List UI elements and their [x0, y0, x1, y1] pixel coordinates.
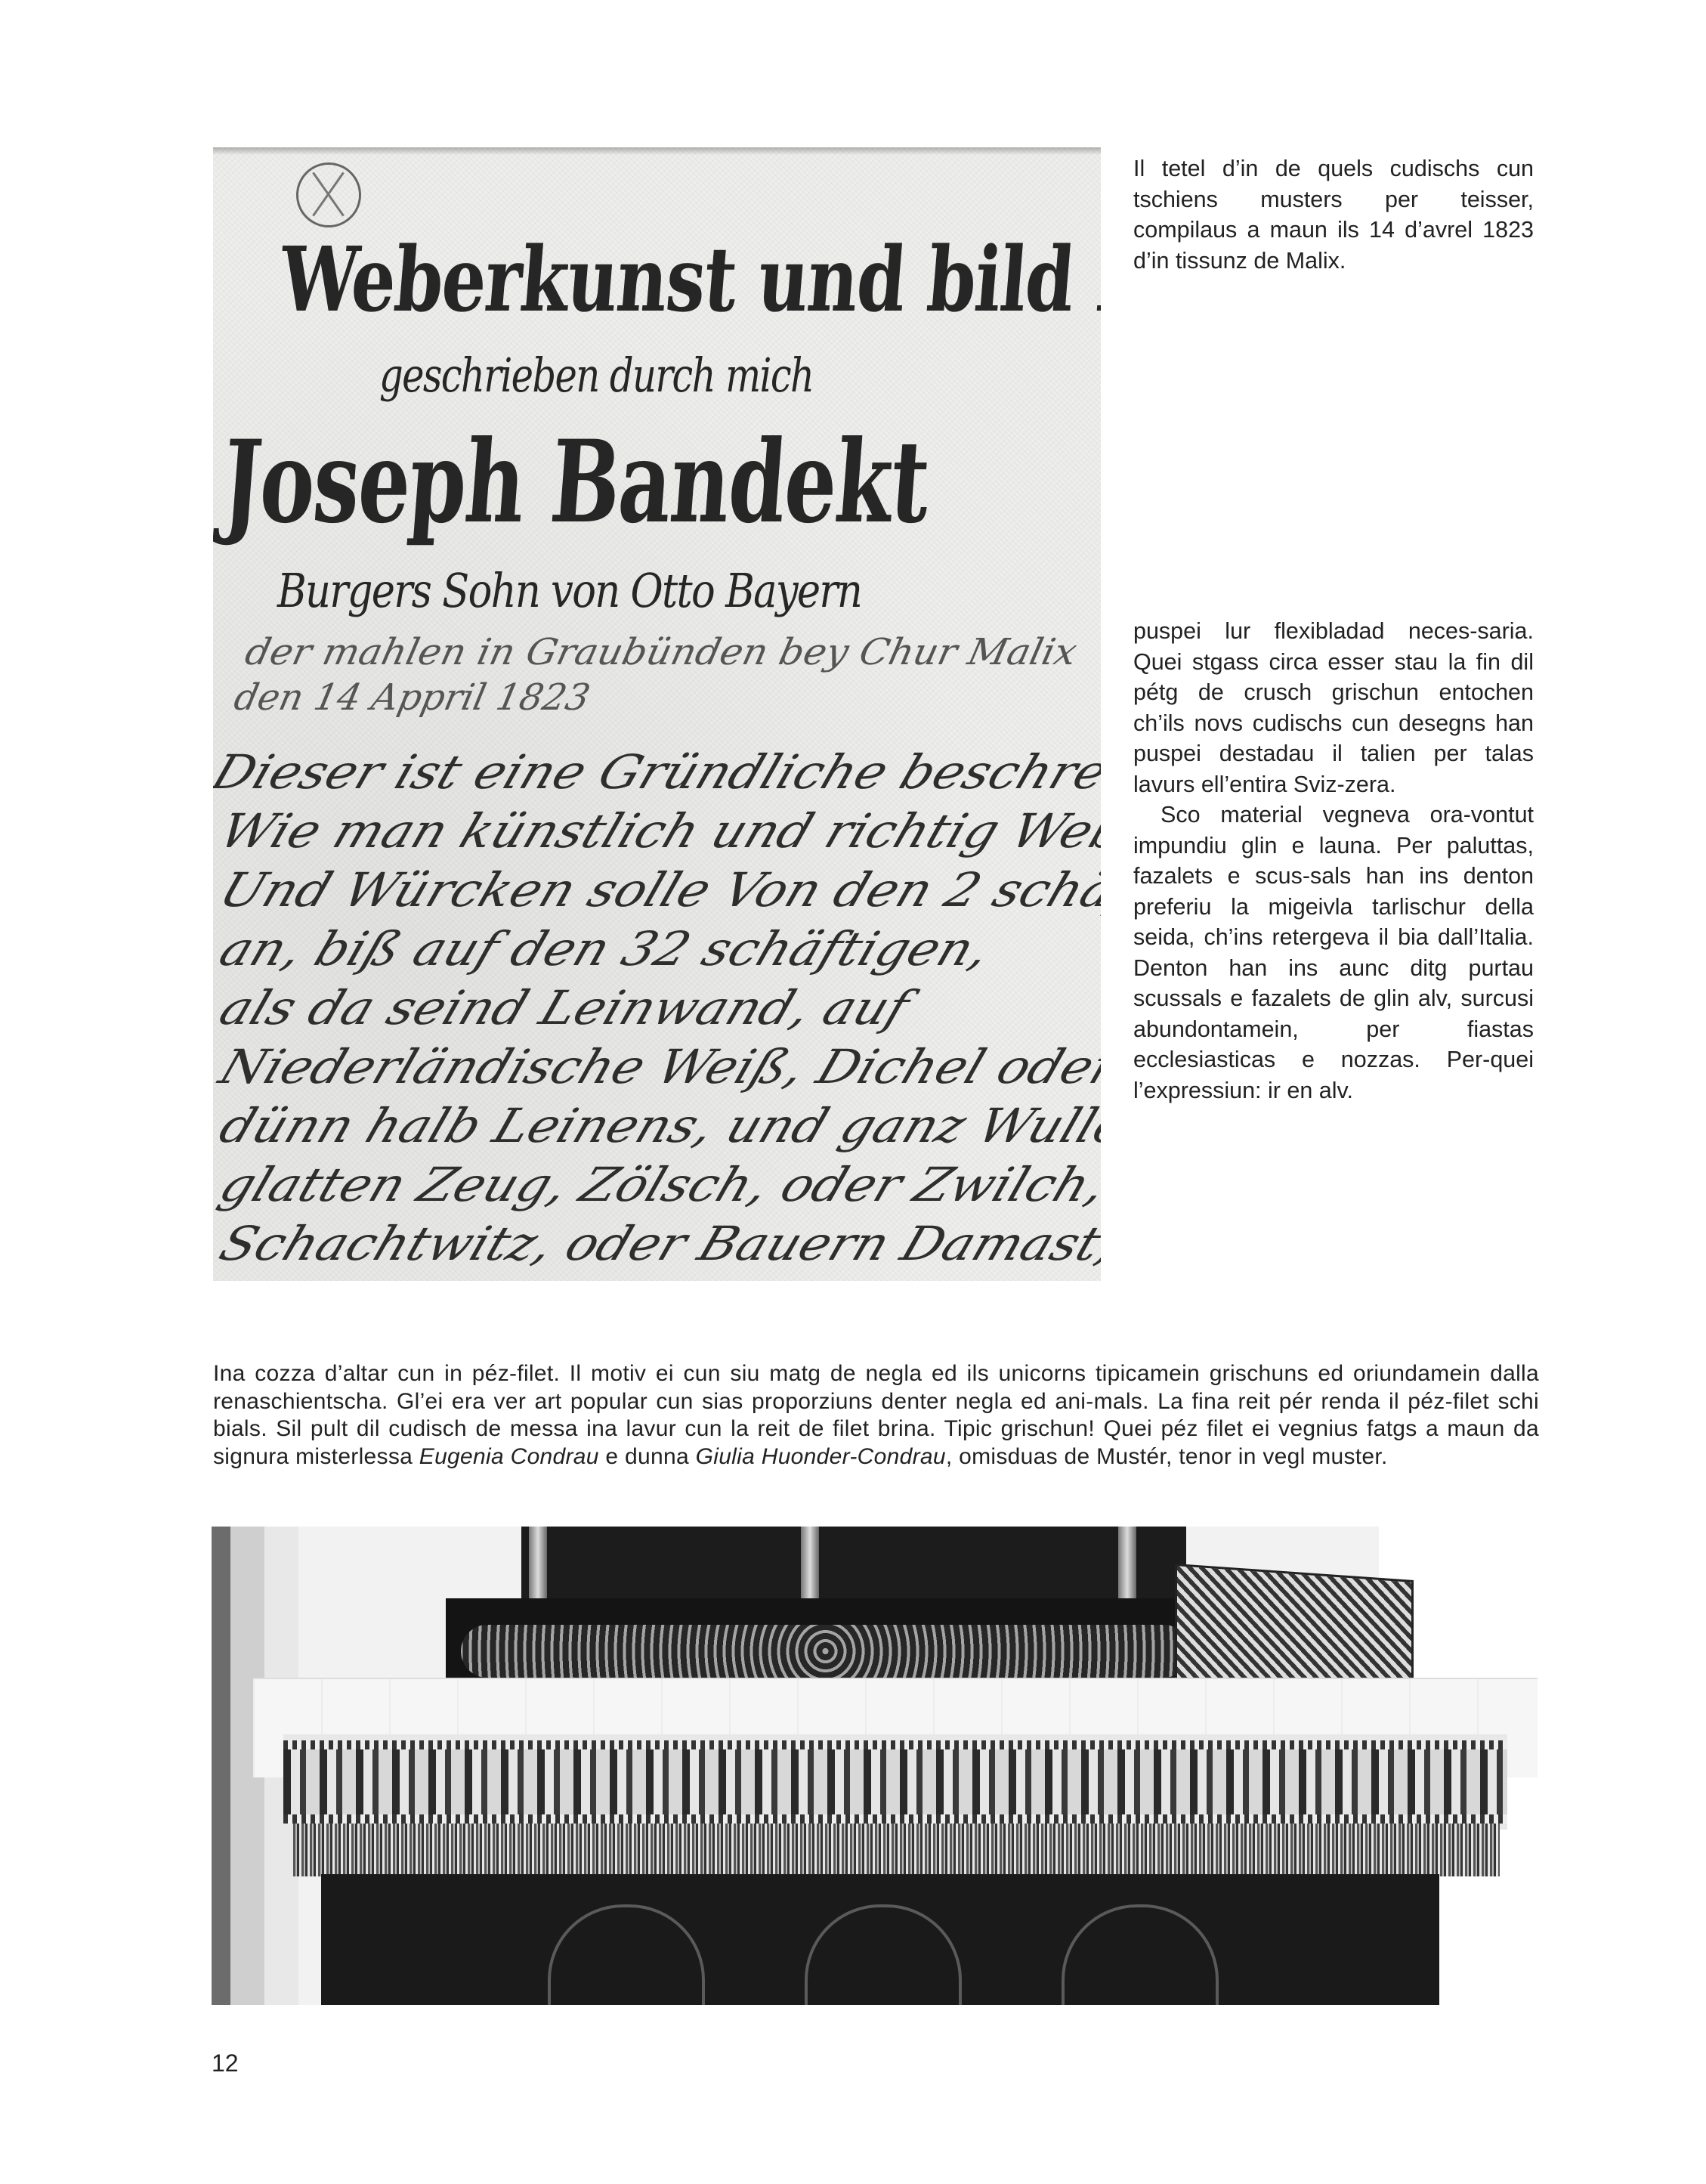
body-text: puspei lur flexibladad neces-saria. Quei… — [1133, 616, 1534, 1106]
manuscript-place: der mahlen in Graubünden bey Chur Malix — [242, 631, 1081, 673]
manuscript-line: an, biß auf den 32 schäftigen, — [213, 921, 997, 976]
seal-icon — [296, 162, 361, 227]
manuscript-origin: Burgers Sohn von Otto Bayern — [277, 563, 861, 618]
manuscript-photo: Weberkunst und bild Buch, geschrieben du… — [213, 147, 1101, 1281]
manuscript-title: Weberkunst und bild Buch, — [277, 227, 1101, 332]
body-paragraph: puspei lur flexibladad neces-saria. Quei… — [1133, 616, 1534, 800]
body-paragraph: Sco material vegneva ora-vontut impundiu… — [1133, 800, 1534, 1106]
altar-photo — [212, 1527, 1541, 2005]
photo-carving — [461, 1625, 1190, 1678]
candlestick-icon — [1118, 1527, 1136, 1602]
photo-altar-front — [321, 1874, 1439, 2005]
manuscript-line: als da seind Leinwand, auf — [213, 980, 916, 1035]
manuscript-line: glatten Zeug, Zölsch, oder Zwilch, — [213, 1157, 1101, 1212]
page-number: 12 — [212, 2049, 239, 2077]
manuscript-line: Schachtwitz, oder Bauern Damast, gestrei… — [213, 1216, 1101, 1271]
caption-text: , omisduas de Mustér, tenor in vegl must… — [946, 1444, 1388, 1469]
manuscript-line: Wie man künstlich und richtig Weben — [213, 803, 1101, 858]
photo-retable — [521, 1527, 1186, 1598]
candlestick-icon — [529, 1527, 547, 1602]
candlestick-icon — [801, 1527, 819, 1602]
caption-person-name: Giulia Huonder-Condrau — [696, 1444, 946, 1469]
manuscript-date: den 14 Appril 1823 — [230, 676, 594, 719]
caption-text: e dunna — [599, 1444, 696, 1469]
photo-edge — [213, 147, 1101, 155]
manuscript-line: Dieser ist eine Gründliche beschreibung — [213, 744, 1101, 800]
manuscript-author: Joseph Bandekt — [218, 416, 933, 549]
altar-caption: Ina cozza d’altar cun in péz-filet. Il m… — [213, 1360, 1539, 1471]
photo-fringe — [291, 1824, 1500, 1876]
manuscript-line: Und Würcken solle Von den 2 schäftigen — [213, 862, 1101, 917]
manuscript-line: Niederländische Weiß, Dichel oder — [213, 1039, 1101, 1094]
manuscript-line: dünn halb Leinens, und ganz Wullen, — [213, 1098, 1101, 1153]
manuscript-caption: Il tetel d’in de quels cudischs cun tsch… — [1133, 153, 1534, 276]
manuscript-subtitle: geschrieben durch mich — [379, 348, 813, 403]
manuscript-line: Zwilch, doppel Zölsch, oder Angathen, — [213, 1275, 1101, 1281]
caption-person-name: Eugenia Condrau — [419, 1444, 599, 1469]
photo-filet-lace-band — [283, 1734, 1507, 1830]
